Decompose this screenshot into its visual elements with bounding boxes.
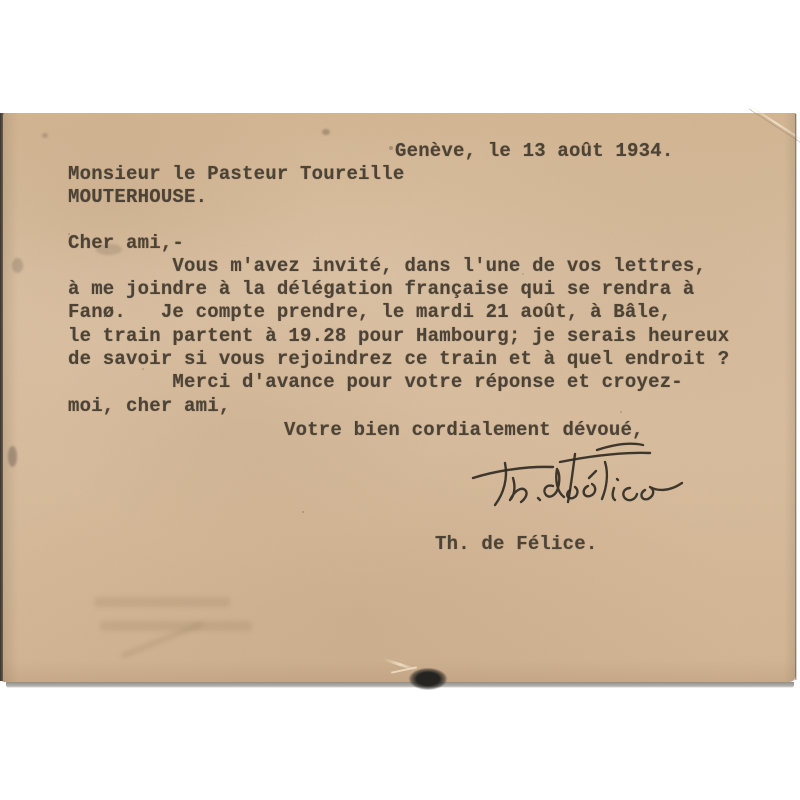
salutation: Cher ami,- [68, 233, 184, 254]
typed-signature: Th. de Félice. [435, 534, 597, 555]
dateline: Genève, le 13 août 1934. [395, 141, 673, 162]
body-line: à me joindre à la délégation française q… [68, 279, 695, 300]
scan-edge-right [795, 114, 797, 680]
ink-smudge [42, 133, 48, 138]
bleedthrough-text-mark [100, 621, 252, 631]
ink-smudge [96, 244, 122, 255]
corner-crease [749, 109, 800, 145]
body-line: moi, cher ami, [68, 396, 230, 417]
ink-smudge [12, 258, 23, 273]
scan-edge-left [0, 113, 3, 681]
letter-card: Genève, le 13 août 1934. Monsieur le Pas… [2, 113, 796, 682]
recipient-place: MOUTERHOUSE. [68, 187, 207, 208]
recipient-name: Monsieur le Pasteur Toureille [68, 164, 404, 185]
body-line: Merci d'avance pour votre réponse et cro… [68, 372, 683, 393]
body-line: le train partent à 19.28 pour Hambourg; … [68, 326, 729, 347]
body-line: Vous m'avez invité, dans l'une de vos le… [68, 256, 706, 277]
handwritten-signature [450, 438, 700, 510]
scan-background: Genève, le 13 août 1934. Monsieur le Pas… [0, 0, 800, 800]
ink-smudge [8, 446, 17, 467]
scan-edge-shadow [6, 682, 794, 688]
body-line: Fanø. Je compte prendre, le mardi 21 aoû… [68, 302, 671, 323]
body-line: de savoir si vous rejoindrez ce train et… [68, 349, 729, 370]
bleedthrough-text-mark [94, 597, 230, 607]
ink-smudge [322, 129, 330, 135]
